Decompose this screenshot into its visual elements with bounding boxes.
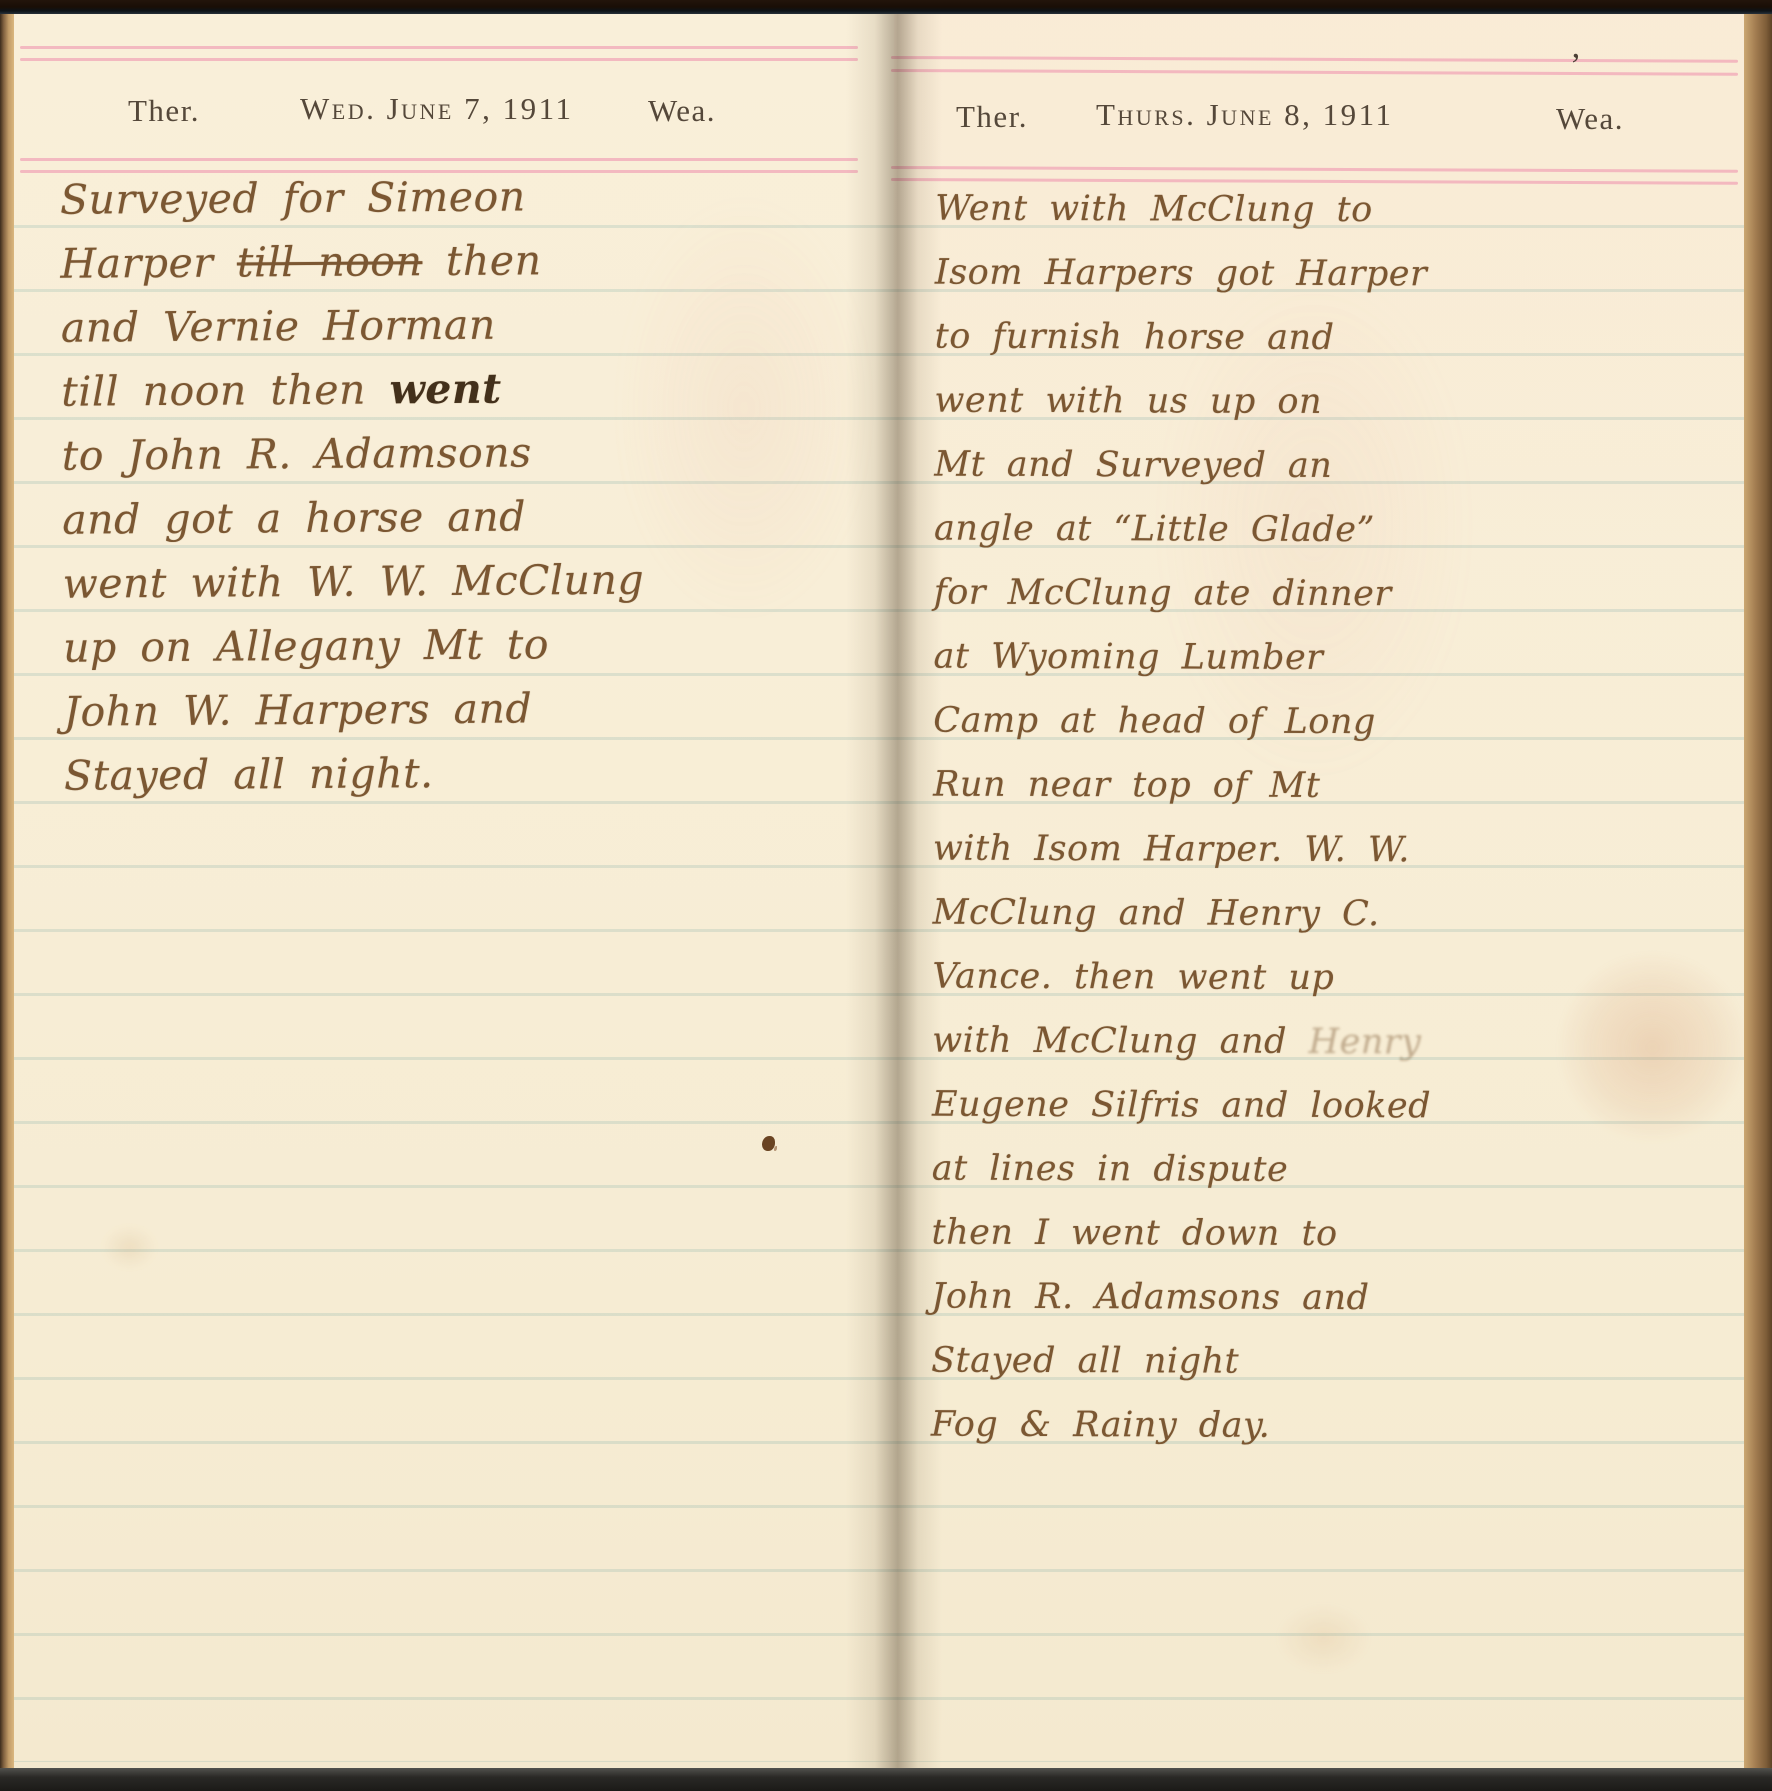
struck-text: till noon: [237, 237, 423, 286]
handwritten-text: and Vernie Horman: [61, 301, 496, 352]
handwritten-line: with Isom Harper. W. W.: [933, 817, 1733, 884]
margin-line: [891, 69, 1738, 76]
date-label-right: Thurs. June 8, 1911: [1096, 97, 1394, 133]
handwritten-line: Isom Harpers got Harper: [935, 241, 1735, 308]
handwritten-line: Vance. then went up: [932, 945, 1732, 1012]
handwritten-text: Stayed all night: [931, 1341, 1239, 1382]
handwritten-line: McClung and Henry C.: [933, 881, 1733, 948]
handwritten-line: at lines in dispute: [932, 1137, 1732, 1204]
wea-label-left: Wea.: [648, 93, 716, 129]
wea-label-right: Wea.: [1556, 101, 1624, 137]
handwritten-text: Eugene Silfris and looked: [932, 1085, 1431, 1127]
handwritten-line: for McClung ate dinner: [934, 561, 1734, 628]
handwritten-text: till noon then: [61, 365, 389, 415]
handwritten-line: Camp at head of Long: [933, 689, 1733, 756]
handwritten-line: at Wyoming Lumber: [933, 625, 1733, 692]
right-page-lines: Went with McClung toIsom Harpers got Har…: [931, 177, 1735, 1460]
handwritten-text: at lines in dispute: [932, 1149, 1289, 1190]
handwritten-line: Surveyed for Simeon: [60, 162, 835, 231]
handwritten-line: and Vernie Horman: [61, 290, 836, 359]
handwritten-line: Stayed all night: [931, 1329, 1731, 1396]
handwritten-text: to furnish horse and: [935, 317, 1335, 358]
handwritten-text: Mt and Surveyed an: [934, 445, 1332, 486]
handwritten-text: went with W. W. McClung: [63, 556, 645, 608]
date-label-left: Wed. June 7, 1911: [300, 91, 573, 127]
handwritten-text: up on Allegany Mt to: [63, 620, 549, 671]
handwritten-line: Fog & Rainy day.: [931, 1393, 1731, 1460]
margin-line: [20, 58, 858, 61]
handwritten-line: Eugene Silfris and looked: [932, 1073, 1732, 1140]
handwritten-text: Run near top of Mt: [933, 765, 1320, 806]
handwritten-text: Camp at head of Long: [933, 701, 1376, 743]
gutter-shadow: [846, 13, 942, 1768]
handwritten-text: for McClung ate dinner: [934, 573, 1392, 615]
margin-line: [20, 46, 858, 49]
binding-bottom: [0, 1768, 1772, 1791]
handwritten-text: then I went down to: [931, 1213, 1337, 1254]
handwritten-line: went with us up on: [934, 369, 1734, 436]
notebook-pages: Ther. Wed. June 7, 1911 Wea. Ther. Thurs…: [14, 13, 1744, 1768]
binding-top: [0, 0, 1772, 14]
handwritten-line: Stayed all night.: [64, 738, 839, 807]
handwritten-text: John W. Harpers and: [63, 684, 532, 735]
stray-ink-mark: ’: [1570, 47, 1581, 85]
handwritten-text: Stayed all night.: [64, 749, 434, 800]
page-edge-left: [0, 6, 14, 1776]
handwritten-text: at Wyoming Lumber: [933, 637, 1323, 678]
handwritten-line: up on Allegany Mt to: [63, 610, 838, 679]
handwritten-text: angle at “Little Glade”: [934, 509, 1375, 551]
handwritten-text: McClung and Henry C.: [933, 893, 1380, 935]
handwritten-text: Isom Harpers got Harper: [935, 253, 1428, 295]
smudged-word: Henry: [1309, 1022, 1422, 1062]
handwritten-line: to furnish horse and: [935, 305, 1735, 372]
ther-label-right: Ther.: [956, 99, 1028, 135]
handwritten-text: then: [422, 236, 541, 285]
handwritten-text: Went with McClung to: [935, 189, 1373, 231]
handwritten-text: Fog & Rainy day.: [931, 1405, 1271, 1446]
handwritten-line: John R. Adamsons and: [931, 1265, 1731, 1332]
ther-label-left: Ther.: [128, 93, 200, 129]
diary-scan: Ther. Wed. June 7, 1911 Wea. Ther. Thurs…: [0, 0, 1772, 1791]
handwritten-line: went with W. W. McClung: [62, 546, 837, 615]
handwritten-line: angle at “Little Glade”: [934, 497, 1734, 564]
handwritten-text: went with us up on: [934, 381, 1322, 422]
handwritten-line: and got a horse and: [62, 482, 837, 551]
margin-line: [891, 56, 1738, 63]
handwritten-text: John R. Adamsons and: [931, 1277, 1369, 1319]
handwritten-line: Mt and Surveyed an: [934, 433, 1734, 500]
margin-line: [20, 158, 858, 161]
handwritten-line: till noon then went: [61, 354, 836, 423]
handwritten-line: Harper till noon then: [60, 226, 835, 295]
handwritten-text: with McClung and: [932, 1021, 1308, 1062]
handwritten-line: Went with McClung to: [935, 177, 1735, 244]
handwritten-text: and got a horse and: [62, 492, 526, 543]
handwritten-line: Run near top of Mt: [933, 753, 1733, 820]
left-page-lines: Surveyed for SimeonHarper till noon then…: [60, 162, 839, 807]
handwritten-text: Surveyed for Simeon: [60, 172, 526, 223]
handwritten-line: to John R. Adamsons: [62, 418, 837, 487]
handwritten-text: to John R. Adamsons: [62, 428, 532, 479]
handwritten-line: John W. Harpers and: [63, 674, 838, 743]
page-edge-right: [1744, 0, 1772, 1791]
handwritten-line: then I went down to: [931, 1201, 1731, 1268]
inserted-word: went: [389, 365, 501, 414]
handwritten-text: Vance. then went up: [932, 957, 1334, 998]
handwritten-line: with McClung and Henry: [932, 1009, 1732, 1076]
handwritten-text: Harper: [60, 238, 237, 287]
handwritten-text: with Isom Harper. W. W.: [933, 829, 1410, 871]
